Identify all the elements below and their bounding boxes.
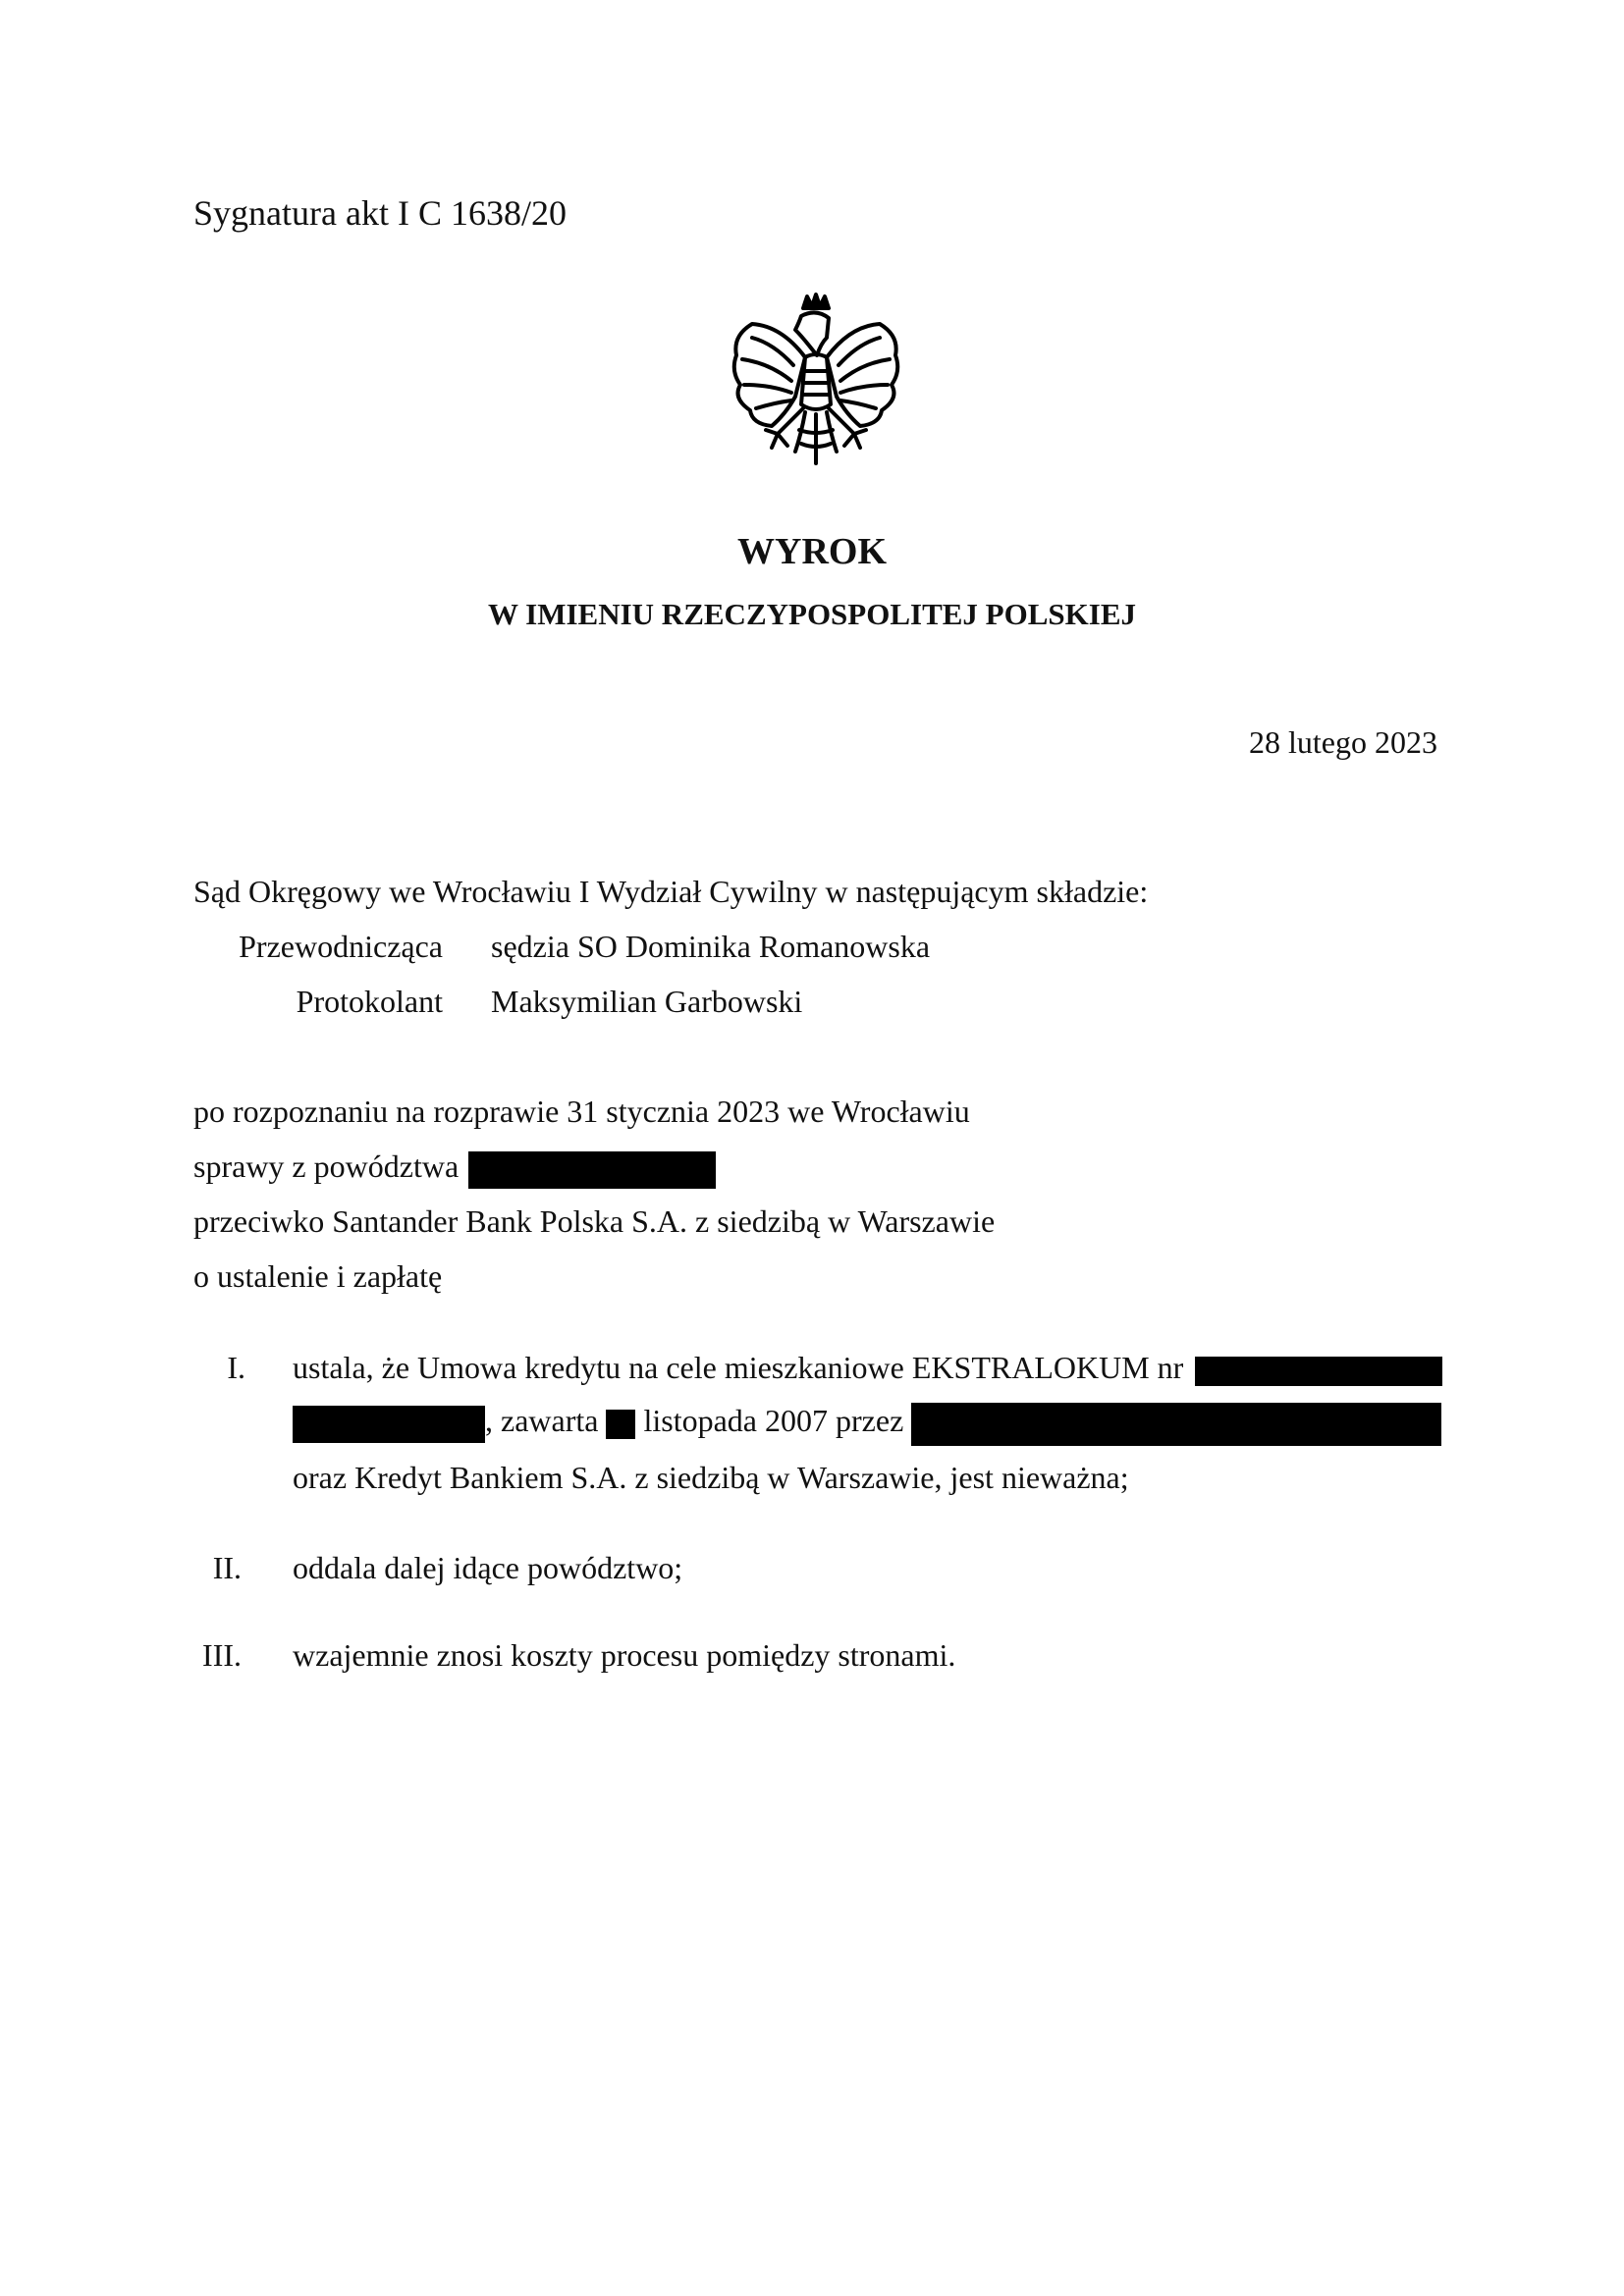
defendant-line: przeciwko Santander Bank Polska S.A. z s… bbox=[193, 1201, 995, 1241]
item-1-text-2a: , zawarta bbox=[485, 1403, 598, 1438]
plaintiff-line: sprawy z powództwa bbox=[193, 1147, 716, 1189]
redacted-contract-suffix bbox=[293, 1406, 485, 1443]
court-composition: Sąd Okręgowy we Wrocławiu I Wydział Cywi… bbox=[193, 872, 1148, 911]
panel-role-presiding: Przewodnicząca bbox=[193, 927, 443, 966]
item-1-text-2b: listopada 2007 przez bbox=[643, 1403, 903, 1438]
subject-line: o ustalenie i zapłatę bbox=[193, 1256, 442, 1296]
item-number-1: I. bbox=[187, 1348, 245, 1387]
item-1-line-3: oraz Kredyt Bankiem S.A. z siedzibą w Wa… bbox=[293, 1458, 1129, 1497]
item-2-text: oddala dalej idące powództwo; bbox=[293, 1548, 682, 1587]
judgment-title: WYROK bbox=[0, 530, 1624, 573]
judgment-subtitle: W IMIENIU RZECZYPOSPOLITEJ POLSKIEJ bbox=[0, 597, 1624, 632]
item-3-text: wzajemnie znosi koszty procesu pomiędzy … bbox=[293, 1635, 955, 1675]
redacted-day bbox=[606, 1410, 635, 1439]
item-1-line-1: ustala, że Umowa kredytu na cele mieszka… bbox=[293, 1348, 1442, 1387]
polish-eagle-emblem-icon bbox=[723, 287, 909, 473]
panel-role-clerk: Protokolant bbox=[193, 982, 443, 1021]
panel-name-presiding: sędzia SO Dominika Romanowska bbox=[491, 927, 930, 966]
hearing-line: po rozpoznaniu na rozprawie 31 stycznia … bbox=[193, 1092, 970, 1131]
item-number-2: II. bbox=[183, 1548, 242, 1587]
redacted-plaintiff bbox=[468, 1151, 716, 1189]
judgment-date: 28 lutego 2023 bbox=[1249, 722, 1437, 762]
case-signature: Sygnatura akt I C 1638/20 bbox=[193, 192, 567, 234]
item-1-text-1: ustala, że Umowa kredytu na cele mieszka… bbox=[293, 1350, 1183, 1385]
item-1-line-2: , zawarta listopada 2007 przez bbox=[293, 1401, 1441, 1446]
plaintiff-label: sprawy z powództwa bbox=[193, 1148, 459, 1184]
redacted-contract-number bbox=[1195, 1357, 1442, 1386]
panel-name-clerk: Maksymilian Garbowski bbox=[491, 982, 802, 1021]
redacted-borrowers bbox=[911, 1403, 1441, 1446]
item-number-3: III. bbox=[183, 1635, 242, 1675]
